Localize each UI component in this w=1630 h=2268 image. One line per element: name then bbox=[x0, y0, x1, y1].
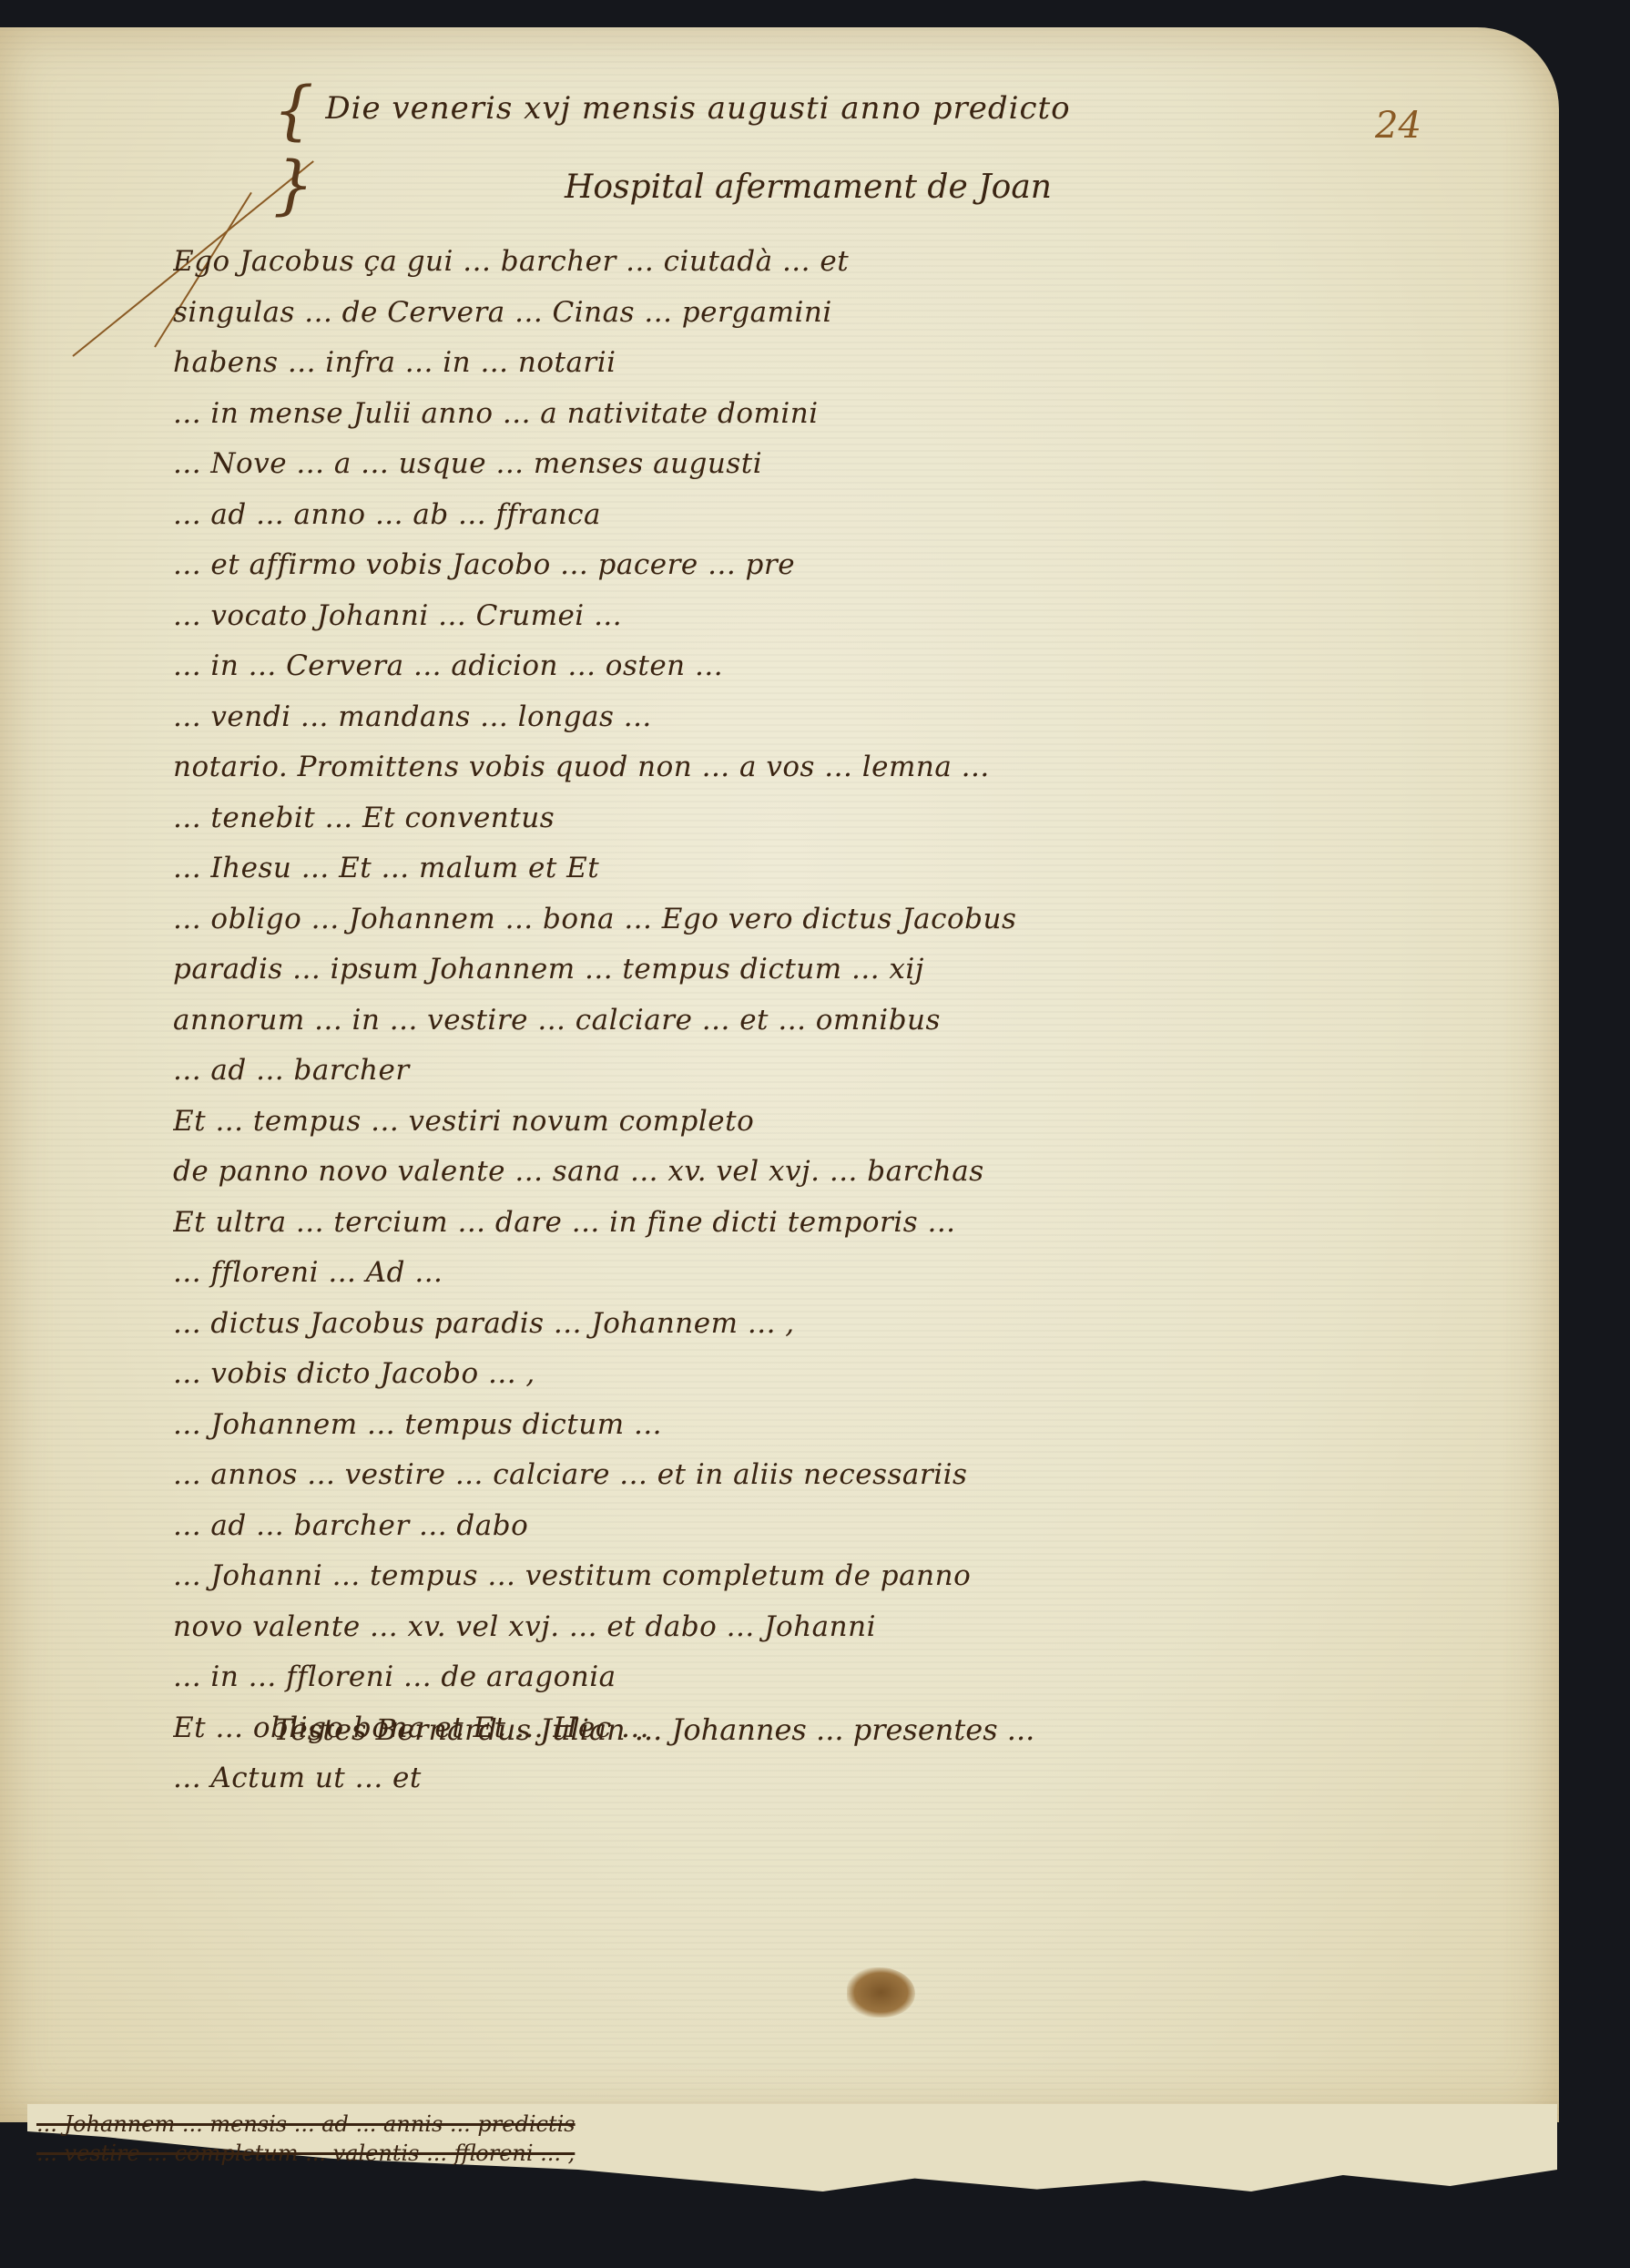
text-line: ... Actum ut ... et bbox=[173, 1753, 1448, 1804]
heading-text: Die veneris xvj mensis augusti anno pred… bbox=[325, 90, 1070, 127]
text-line: ... dictus Jacobus paradis ... Johannem … bbox=[173, 1299, 1448, 1350]
body-text: Ego Jacobus ça gui ... barcher ... ciuta… bbox=[173, 237, 1448, 1804]
text-line: ... ad ... anno ... ab ... ffranca bbox=[173, 490, 1448, 541]
text-line: ... ffloreni ... Ad ... bbox=[173, 1248, 1448, 1299]
text-line: novo valente ... xv. vel xvj. ... et dab… bbox=[173, 1602, 1448, 1653]
witnesses-line: Testes Bernardus Julian ... Johannes ...… bbox=[273, 1712, 1034, 1747]
text-line: Et ultra ... tercium ... dare ... in fin… bbox=[173, 1198, 1448, 1249]
text-line: ... Johannem ... tempus dictum ... bbox=[173, 1400, 1448, 1451]
text-line: Ego Jacobus ça gui ... barcher ... ciuta… bbox=[173, 237, 1448, 288]
text-line: ... vocato Johanni ... Crumei ... bbox=[173, 591, 1448, 642]
text-line: ... obligo ... Johannem ... bona ... Ego… bbox=[173, 894, 1448, 945]
text-line: ... tenebit ... Et conventus bbox=[173, 793, 1448, 844]
text-line: habens ... infra ... in ... notarii bbox=[173, 338, 1448, 389]
folio-number: 24 bbox=[1375, 105, 1421, 147]
text-line: paradis ... ipsum Johannem ... tempus di… bbox=[173, 945, 1448, 996]
text-line: ... in ... Cervera ... adicion ... osten… bbox=[173, 641, 1448, 692]
text-line: ... annos ... vestire ... calciare ... e… bbox=[173, 1450, 1448, 1501]
left-brace-icon: { bbox=[273, 73, 315, 148]
text-line: ... et affirmo vobis Jacobo ... pacere .… bbox=[173, 540, 1448, 591]
ink-stain bbox=[847, 1967, 915, 2018]
text-line: ... vobis dicto Jacobo ... , bbox=[173, 1349, 1448, 1400]
text-line: notario. Promittens vobis quod non ... a… bbox=[173, 742, 1448, 793]
text-line: ... in mense Julii anno ... a nativitate… bbox=[173, 389, 1448, 440]
text-line: annorum ... in ... vestire ... calciare … bbox=[173, 996, 1448, 1047]
text-line: singulas ... de Cervera ... Cinas ... pe… bbox=[173, 288, 1448, 339]
entry-subtitle: Hospital afermament de Joan bbox=[565, 169, 1052, 206]
text-line: ... Ihesu ... Et ... malum et Et bbox=[173, 843, 1448, 894]
right-brace-icon: } bbox=[273, 148, 315, 222]
text-line: ... ad ... barcher bbox=[173, 1046, 1448, 1097]
text-line: ... vendi ... mandans ... longas ... bbox=[173, 692, 1448, 743]
text-line: ... in ... ffloreni ... de aragonia bbox=[173, 1652, 1448, 1703]
text-line: ... Nove ... a ... usque ... menses augu… bbox=[173, 439, 1448, 490]
text-line: ... ad ... barcher ... dabo bbox=[173, 1501, 1448, 1552]
struck-through-line: ... Johannem ... mensis ... ad ... annis… bbox=[36, 2111, 1548, 2137]
text-line: de panno novo valente ... sana ... xv. v… bbox=[173, 1147, 1448, 1198]
struck-through-line: ... vestire ... completum ... valentis .… bbox=[36, 2140, 1548, 2166]
text-line: ... Johanni ... tempus ... vestitum comp… bbox=[173, 1551, 1448, 1602]
text-line: Et ... tempus ... vestiri novum completo bbox=[173, 1097, 1448, 1148]
